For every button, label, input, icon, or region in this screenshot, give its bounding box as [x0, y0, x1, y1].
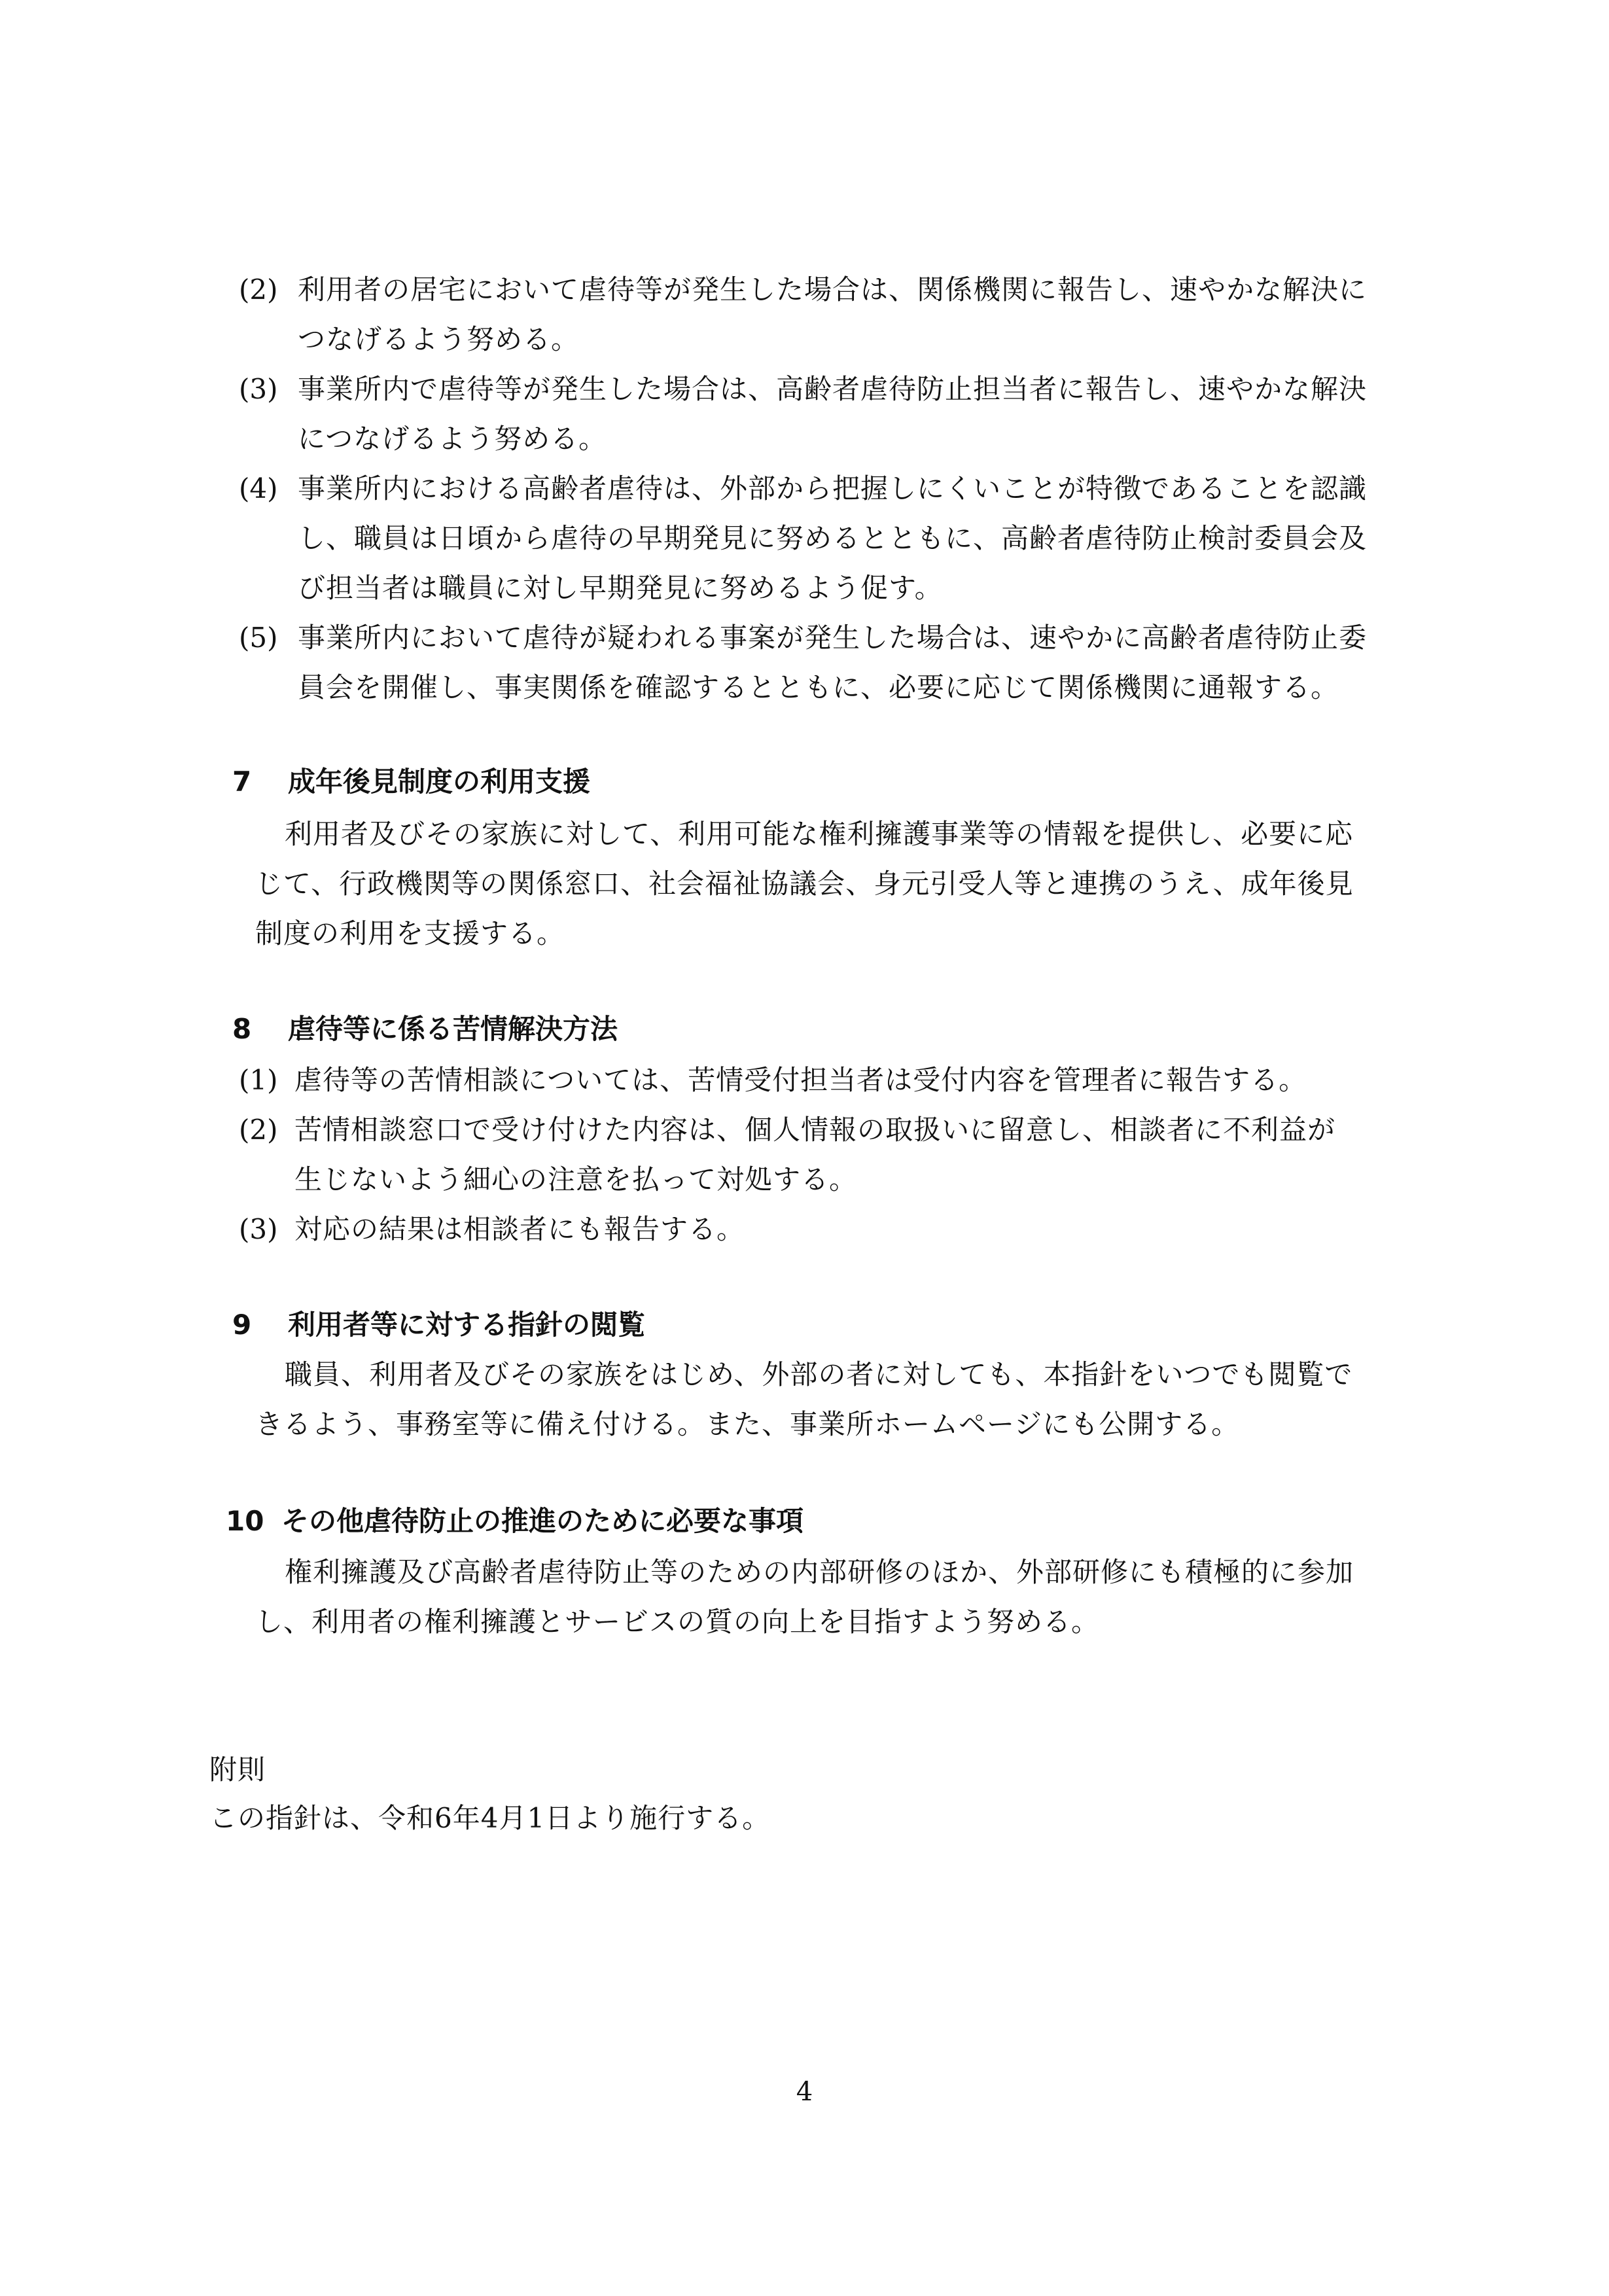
paragraph-line: し、利用者の権利擁護とサービスの質の向上を目指すよう努める。 — [255, 1606, 1099, 1638]
item-number: (4) — [239, 472, 278, 505]
section-title: 虐待等に係る苦情解決方法 — [288, 1013, 618, 1045]
item-text-line: 利用者の居宅において虐待等が発生した場合は、関係機関に報告し、速やかな解決に — [298, 274, 1367, 306]
paragraph-line: 制度の利用を支援する。 — [255, 917, 565, 950]
section-title: 成年後見制度の利用支援 — [288, 766, 590, 798]
section-number: 9 — [232, 1309, 288, 1341]
item-number: (5) — [239, 622, 278, 654]
document-page: (2) 利用者の居宅において虐待等が発生した場合は、関係機関に報告し、速やかな解… — [0, 0, 1609, 2296]
page-number: 4 — [0, 2075, 1609, 2108]
item-text-line: 事業所内において虐待が疑われる事案が発生した場合は、速やかに高齢者虐待防止委 — [298, 622, 1367, 654]
item-number: (3) — [239, 373, 278, 406]
section-title: その他虐待防止の推進のために必要な事項 — [281, 1505, 804, 1537]
item-text-line: つなげるよう努める。 — [298, 323, 579, 356]
section-number: 10 — [226, 1505, 281, 1538]
item-text-line: 生じないよう細心の注意を払って対処する。 — [294, 1163, 857, 1196]
item-number: (1) — [239, 1064, 278, 1097]
item-text-line: 員会を開催し、事実関係を確認するとともに、必要に応じて関係機関に通報する。 — [298, 671, 1339, 704]
item-text-line: び担当者は職員に対し早期発見に努めるよう促す。 — [298, 572, 943, 605]
item-text-line: につなげるよう努める。 — [298, 423, 607, 455]
paragraph-line: きるよう、事務室等に備え付ける。また、事業所ホームページにも公開する。 — [255, 1408, 1239, 1441]
item-text-line: 苦情相談窓口で受け付けた内容は、個人情報の取扱いに留意し、相談者に不利益が — [294, 1114, 1335, 1146]
item-text-line: 対応の結果は相談者にも報告する。 — [294, 1213, 745, 1246]
supplementary-title: 附則 — [209, 1754, 266, 1786]
section-heading: 10その他虐待防止の推進のために必要な事項 — [226, 1505, 804, 1538]
section-heading: 7成年後見制度の利用支援 — [232, 766, 590, 798]
supplementary-text: この指針は、令和6年4月1日より施行する。 — [209, 1802, 770, 1835]
section-heading: 9利用者等に対する指針の閲覧 — [232, 1309, 645, 1341]
section-number: 7 — [232, 766, 288, 798]
paragraph-line: 利用者及びその家族に対して、利用可能な権利擁護事業等の情報を提供し、必要に応 — [285, 818, 1353, 851]
item-number: (2) — [239, 1114, 278, 1146]
section-number: 8 — [232, 1013, 288, 1046]
item-text-line: 事業所内における高齢者虐待は、外部から把握しにくいことが特徴であることを認識 — [298, 472, 1367, 505]
item-number: (3) — [239, 1213, 278, 1246]
paragraph-line: じて、行政機関等の関係窓口、社会福祉協議会、身元引受人等と連携のうえ、成年後見 — [255, 868, 1354, 900]
paragraph-line: 権利擁護及び高齢者虐待防止等のための内部研修のほか、外部研修にも積極的に参加 — [285, 1556, 1354, 1589]
section-heading: 8虐待等に係る苦情解決方法 — [232, 1013, 618, 1046]
item-number: (2) — [239, 274, 278, 306]
item-text-line: 虐待等の苦情相談については、苦情受付担当者は受付内容を管理者に報告する。 — [294, 1064, 1307, 1097]
item-text-line: 事業所内で虐待等が発生した場合は、高齢者虐待防止担当者に報告し、速やかな解決 — [298, 373, 1367, 406]
paragraph-line: 職員、利用者及びその家族をはじめ、外部の者に対しても、本指針をいつでも閲覧で — [285, 1358, 1353, 1391]
section-title: 利用者等に対する指針の閲覧 — [288, 1309, 645, 1341]
item-text-line: し、職員は日頃から虐待の早期発見に努めるとともに、高齢者虐待防止検討委員会及 — [298, 522, 1367, 555]
